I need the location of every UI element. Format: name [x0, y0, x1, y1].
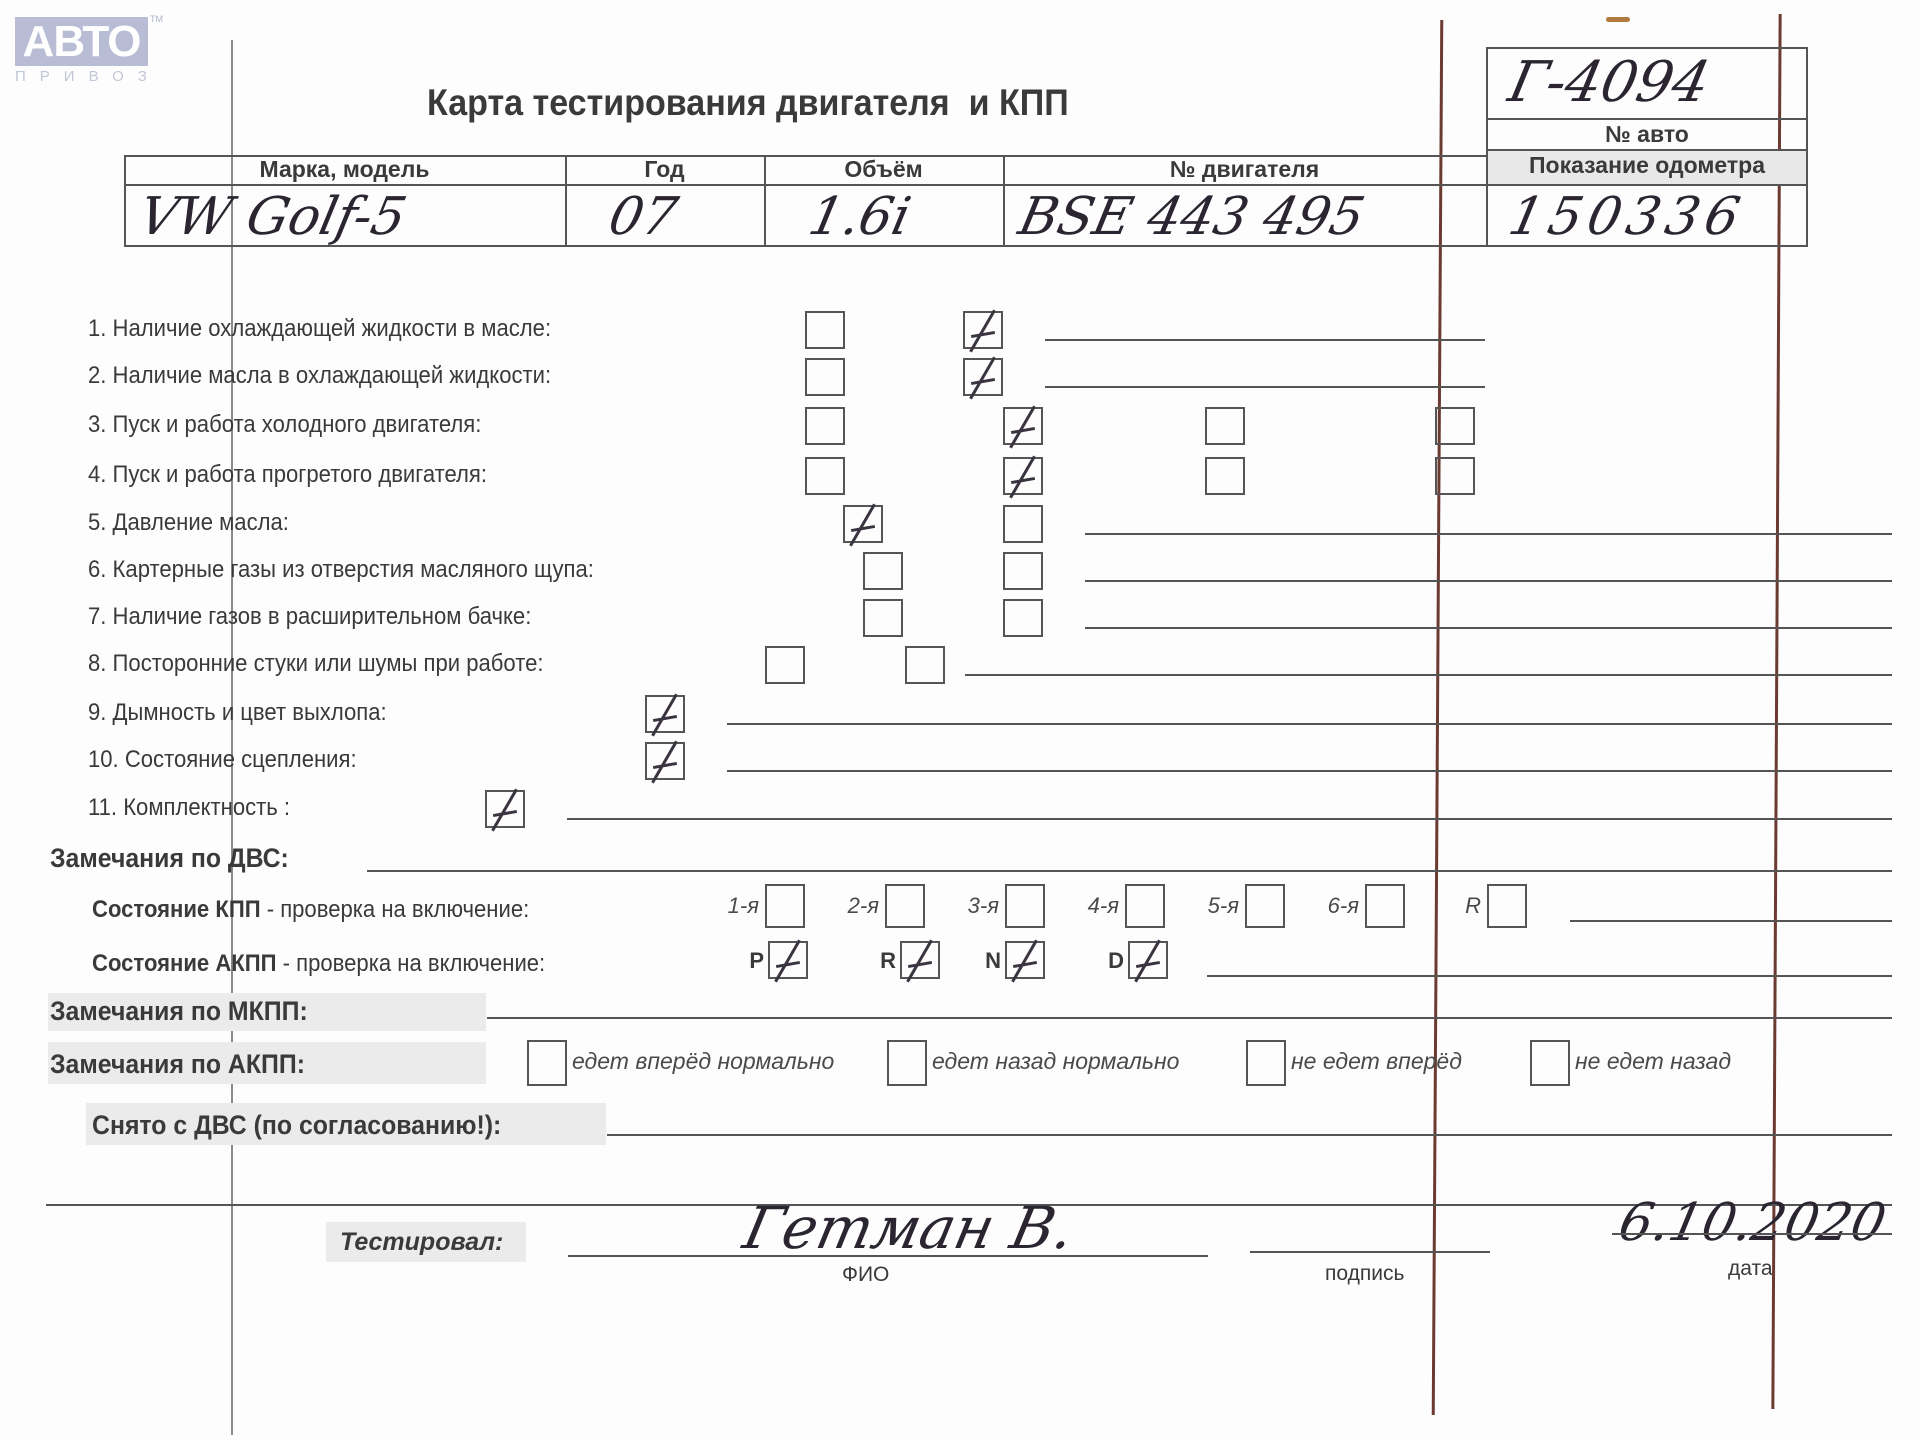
checklist-item-text: 8. Посторонние стуки или шумы при работе…	[88, 650, 544, 678]
akpp-remark-checkbox[interactable]	[527, 1040, 567, 1086]
note-input[interactable]	[1085, 533, 1892, 535]
option-checkbox[interactable]	[863, 599, 903, 637]
gear-label: R	[1465, 893, 1481, 919]
akpp-position-label: P	[749, 948, 764, 974]
mkpp-remarks-label: Замечания по МКПП:	[50, 996, 308, 1027]
checklist-item-text: 6. Картерные газы из отверстия масляного…	[88, 556, 594, 584]
akpp-position-label: D	[1108, 948, 1124, 974]
gear-label: 5-я	[1208, 893, 1239, 919]
checklist-item-text: 7. Наличие газов в расширительном бачке:	[88, 603, 531, 631]
option-checkbox[interactable]	[645, 695, 685, 733]
option-checkbox[interactable]	[805, 407, 845, 445]
col-divider	[1486, 47, 1488, 247]
logo-trademark: TM	[150, 14, 163, 24]
gear-label: 3-я	[968, 893, 999, 919]
akpp-remark-label: не едет назад	[1575, 1048, 1731, 1075]
value-engine-number[interactable]: BSE 443 495	[1014, 187, 1370, 247]
vehicle-table-header-divider	[124, 184, 1808, 186]
option-checkbox[interactable]	[905, 646, 945, 684]
removed-label: Снято с ДВС (по согласованию!):	[92, 1110, 501, 1141]
checklist-item-text: 10. Состояние сцепления:	[88, 746, 357, 774]
option-checkbox[interactable]	[1205, 407, 1245, 445]
value-odometer[interactable]: 150336	[1504, 187, 1751, 247]
option-checkbox[interactable]	[963, 358, 1003, 396]
akpp-remark-label: едет назад нормально	[932, 1048, 1179, 1075]
value-make-model[interactable]: VW Golf-5	[134, 187, 412, 247]
logo-subtitle: ПРИВОЗ	[15, 68, 161, 85]
manual-gearbox-note-input[interactable]	[1570, 920, 1892, 922]
header-odometer: Показание одометра	[1486, 152, 1808, 179]
page-title: Карта тестирования двигателя и КПП	[427, 82, 1069, 124]
note-input[interactable]	[727, 770, 1892, 772]
name-caption: ФИО	[842, 1263, 889, 1287]
akpp-position-checkbox[interactable]	[1128, 941, 1168, 979]
engine-remarks-input[interactable]	[367, 870, 1892, 872]
manual-gearbox-label-rest: - проверка на включение:	[261, 896, 530, 923]
option-checkbox[interactable]	[843, 505, 883, 543]
header-engine-number: № двигателя	[1003, 156, 1486, 183]
checklist-item-text: 4. Пуск и работа прогретого двигателя:	[88, 461, 487, 489]
name-line	[568, 1255, 1208, 1257]
tester-name[interactable]: Гетман В.	[738, 1194, 1081, 1262]
scan-mark	[1606, 17, 1630, 22]
note-input[interactable]	[965, 674, 1892, 676]
akpp-remark-checkbox[interactable]	[1530, 1040, 1570, 1086]
logo: АВТО	[15, 17, 148, 66]
removed-input[interactable]	[607, 1134, 1892, 1136]
option-checkbox[interactable]	[963, 311, 1003, 349]
checklist-item-text: 9. Дымность и цвет выхлопа:	[88, 699, 387, 727]
checklist-item-text: 3. Пуск и работа холодного двигателя:	[88, 411, 481, 439]
car-number-divider	[1486, 118, 1808, 120]
header-make-model: Марка, модель	[124, 156, 565, 183]
option-checkbox[interactable]	[1003, 505, 1043, 543]
signature-caption: подпись	[1325, 1262, 1404, 1286]
akpp-position-label: N	[985, 948, 1001, 974]
auto-gearbox-label: Состояние АКПП - проверка на включение:	[92, 950, 545, 978]
gear-checkbox[interactable]	[1005, 884, 1045, 928]
option-checkbox[interactable]	[1003, 552, 1043, 590]
option-checkbox[interactable]	[805, 457, 845, 495]
option-checkbox[interactable]	[863, 552, 903, 590]
manual-gearbox-label-bold: Состояние КПП	[92, 896, 261, 923]
value-volume[interactable]: 1.6i	[804, 187, 916, 247]
header-year: Год	[565, 156, 764, 183]
option-checkbox[interactable]	[765, 646, 805, 684]
mkpp-remarks-input[interactable]	[487, 1017, 1892, 1019]
gear-label: 4-я	[1088, 893, 1119, 919]
gear-checkbox[interactable]	[1487, 884, 1527, 928]
option-checkbox[interactable]	[1435, 407, 1475, 445]
gear-label: 2-я	[848, 893, 879, 919]
engine-remarks-label: Замечания по ДВС:	[50, 843, 289, 874]
gear-checkbox[interactable]	[1245, 884, 1285, 928]
akpp-remark-label: не едет вперёд	[1291, 1048, 1462, 1075]
akpp-remark-checkbox[interactable]	[887, 1040, 927, 1086]
akpp-remark-checkbox[interactable]	[1246, 1040, 1286, 1086]
akpp-position-checkbox[interactable]	[900, 941, 940, 979]
gear-label: 6-я	[1328, 893, 1359, 919]
manual-gearbox-label: Состояние КПП - проверка на включение:	[92, 896, 529, 924]
scan-line-left	[231, 40, 233, 1435]
gear-checkbox[interactable]	[1365, 884, 1405, 928]
signature-line[interactable]	[1250, 1251, 1490, 1253]
date-value[interactable]: 6.10.2020	[1614, 1193, 1891, 1253]
tested-label: Тестировал:	[340, 1228, 503, 1257]
checklist-item-text: 2. Наличие масла в охлаждающей жидкости:	[88, 362, 551, 390]
note-input[interactable]	[1045, 386, 1485, 388]
option-checkbox[interactable]	[805, 358, 845, 396]
option-checkbox[interactable]	[1003, 407, 1043, 445]
date-line	[1612, 1233, 1892, 1235]
akpp-remark-label: едет вперёд нормально	[572, 1048, 834, 1075]
option-checkbox[interactable]	[485, 790, 525, 828]
date-caption: дата	[1728, 1257, 1773, 1281]
option-checkbox[interactable]	[645, 742, 685, 780]
note-input[interactable]	[567, 818, 1892, 820]
option-checkbox[interactable]	[1003, 457, 1043, 495]
option-checkbox[interactable]	[805, 311, 845, 349]
gear-label: 1-я	[728, 893, 759, 919]
gear-checkbox[interactable]	[1125, 884, 1165, 928]
checklist-item-text: 1. Наличие охлаждающей жидкости в масле:	[88, 315, 551, 343]
auto-gearbox-label-rest: - проверка на включение:	[277, 950, 546, 977]
gear-checkbox[interactable]	[885, 884, 925, 928]
akpp-position-checkbox[interactable]	[768, 941, 808, 979]
akpp-position-checkbox[interactable]	[1005, 941, 1045, 979]
checklist-item-text: 5. Давление масла:	[88, 509, 289, 537]
odometer-top-border	[1486, 149, 1808, 151]
checklist-item-text: 11. Комплектность :	[88, 794, 290, 822]
gear-checkbox[interactable]	[765, 884, 805, 928]
car-number-value[interactable]: Г-4094	[1503, 50, 1715, 115]
auto-gearbox-label-bold: Состояние АКПП	[92, 950, 277, 977]
header-volume: Объём	[764, 156, 1003, 183]
value-year[interactable]: 07	[604, 187, 683, 247]
note-input[interactable]	[727, 723, 1892, 725]
note-input[interactable]	[1085, 627, 1892, 629]
auto-gearbox-note-input[interactable]	[1207, 975, 1892, 977]
option-checkbox[interactable]	[1435, 457, 1475, 495]
akpp-position-label: R	[880, 948, 896, 974]
note-input[interactable]	[1085, 580, 1892, 582]
option-checkbox[interactable]	[1003, 599, 1043, 637]
note-input[interactable]	[1045, 339, 1485, 341]
akpp-remarks-label: Замечания по АКПП:	[50, 1049, 305, 1080]
option-checkbox[interactable]	[1205, 457, 1245, 495]
car-number-label: № авто	[1486, 121, 1808, 148]
